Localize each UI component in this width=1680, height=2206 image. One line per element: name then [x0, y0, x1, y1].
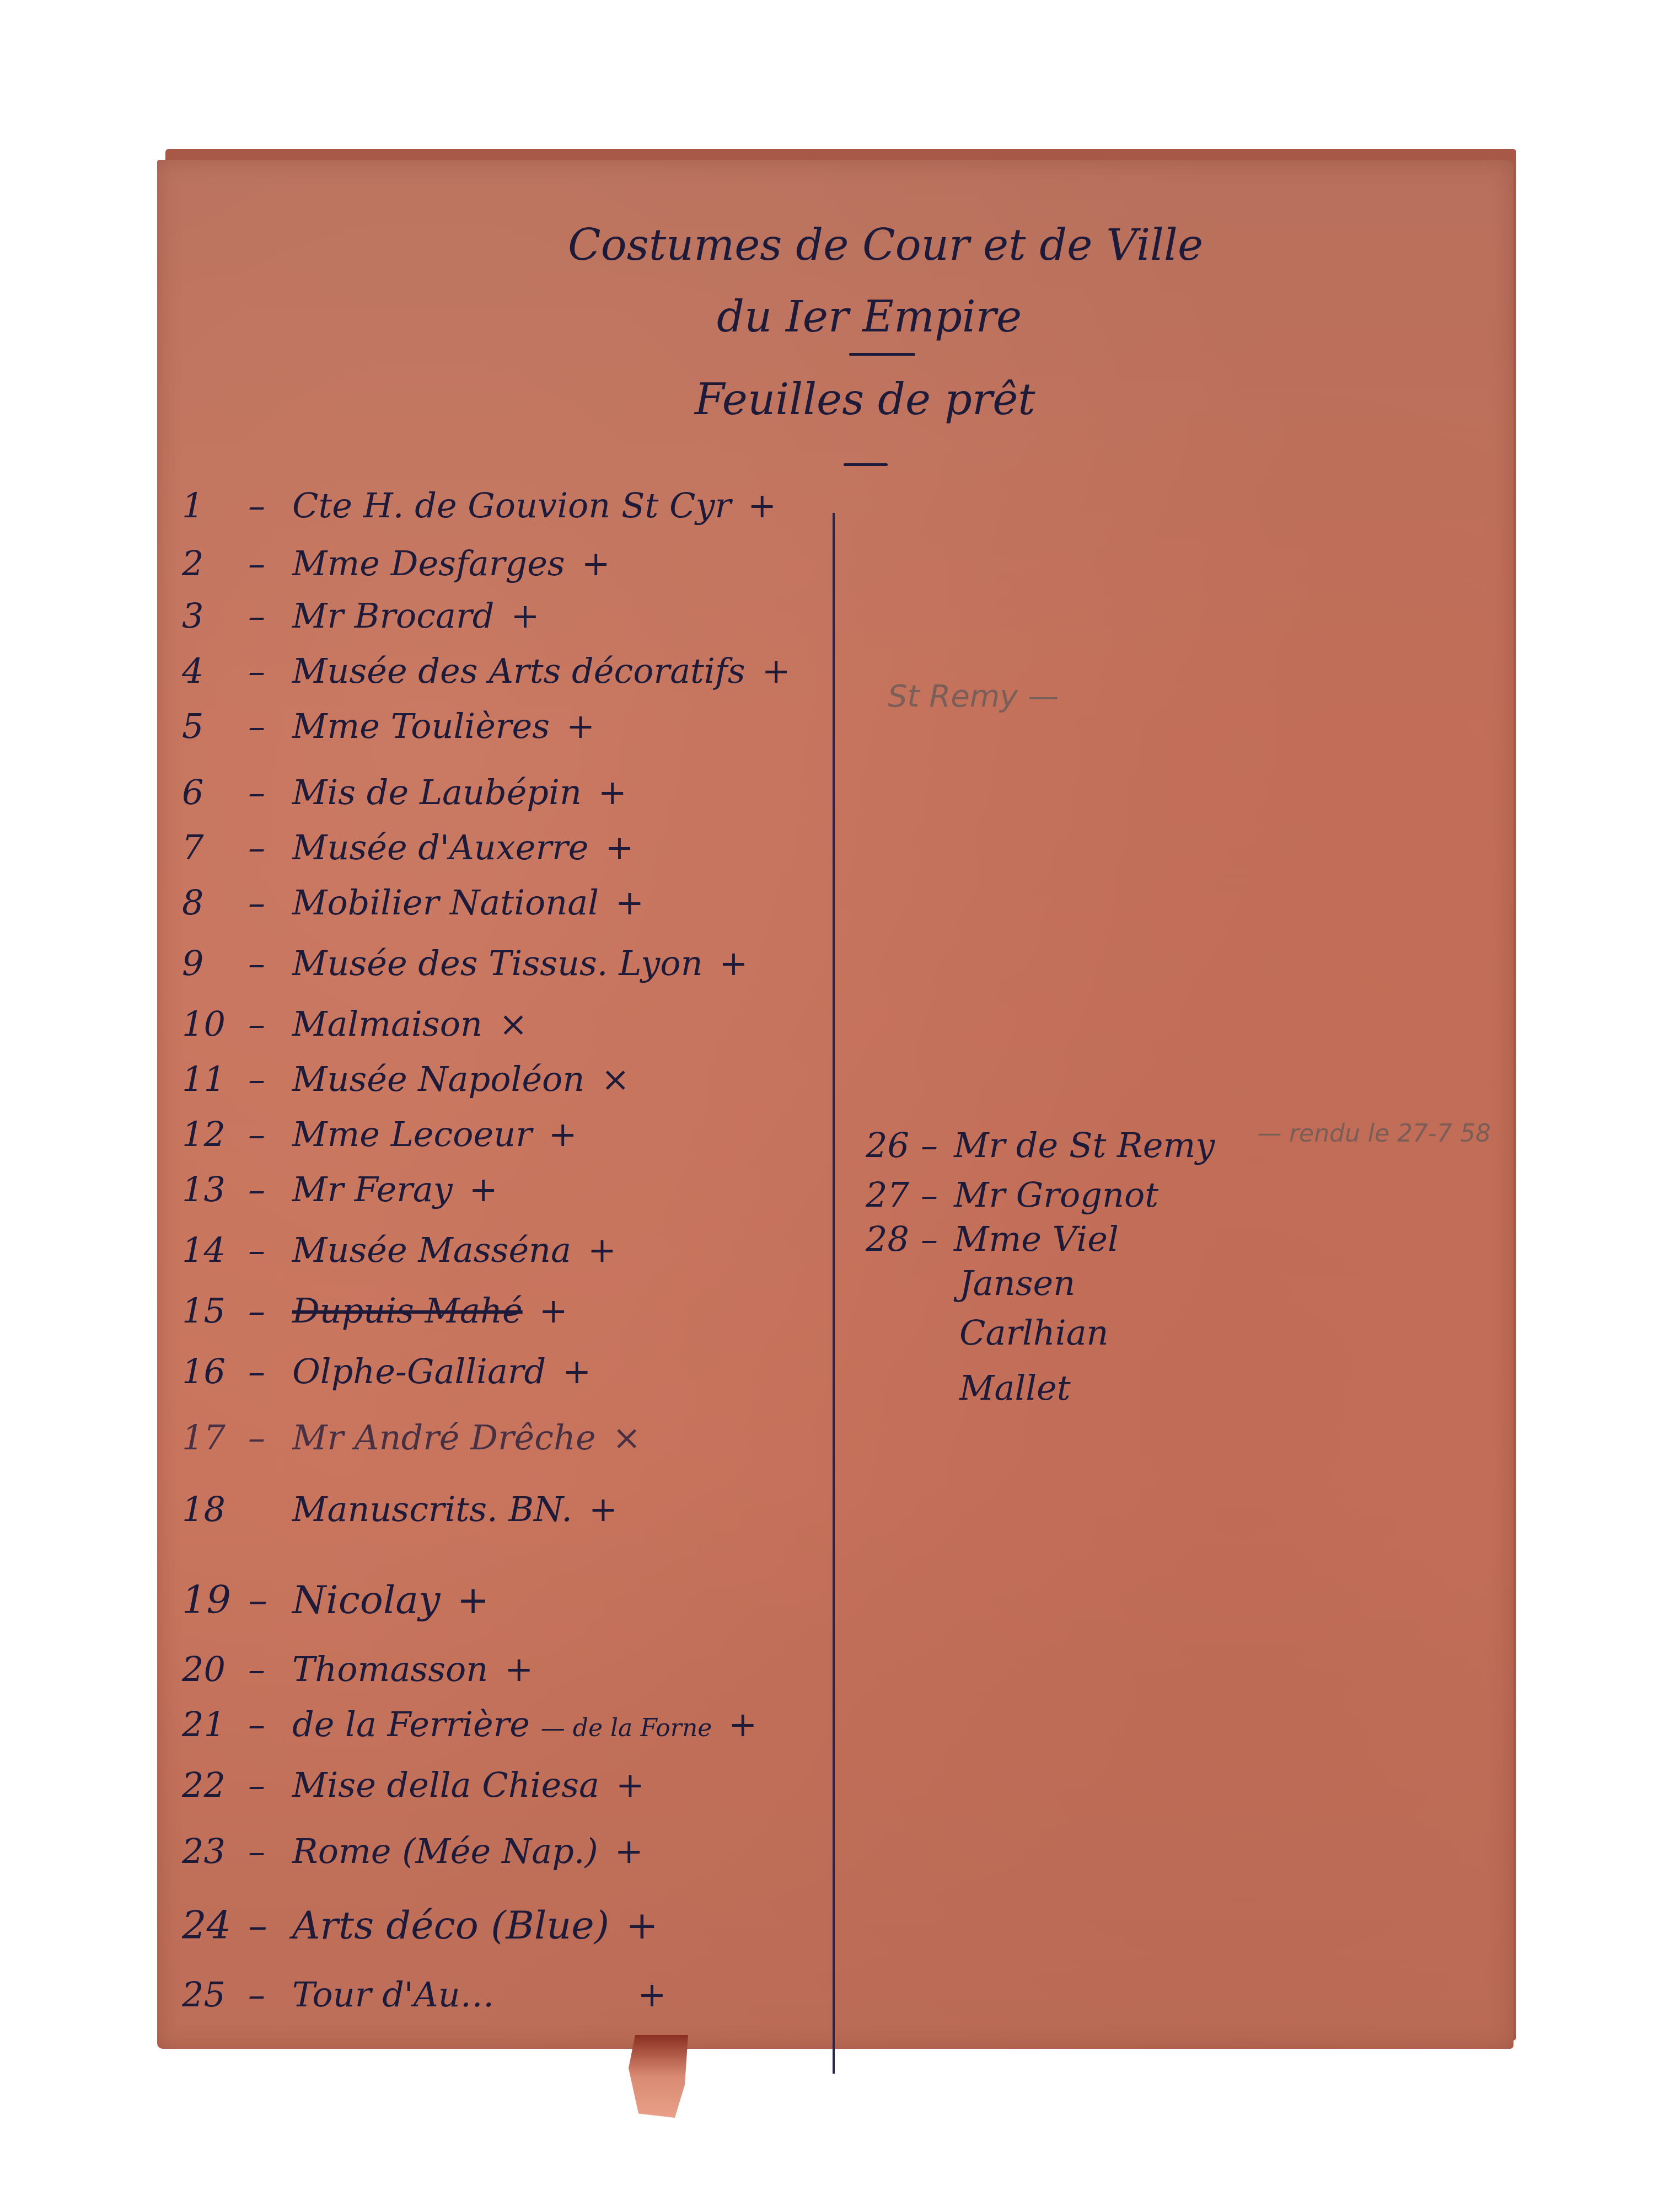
- list-item: 13–Mr Feray+: [182, 1169, 498, 1209]
- unnumbered-item: Mallet: [959, 1368, 1071, 1408]
- list-item: 20–Thomasson+: [182, 1649, 533, 1689]
- list-item: 22–Mise della Chiesa+: [182, 1765, 645, 1805]
- list-item: 16–Olphe-Galliard+: [182, 1351, 591, 1391]
- list-item: 26–Mr de St Remy: [866, 1125, 1215, 1165]
- list-item: 11–Musée Napoléon×: [182, 1059, 630, 1099]
- list-item: 23–Rome (Mée Nap.)+: [182, 1831, 643, 1871]
- list-item: 10–Malmaison×: [182, 1004, 528, 1044]
- list-item: 7–Musée d'Auxerre+: [182, 827, 634, 868]
- list-item: 9–Musée des Tissus. Lyon+: [182, 943, 748, 983]
- list-item: 12–Mme Lecoeur+: [182, 1114, 577, 1154]
- subtitle: Feuilles de prêt: [695, 375, 1035, 425]
- title-line-2: du Ier Empire: [717, 292, 1022, 342]
- list-item: 18Manuscrits. BN.+: [182, 1489, 618, 1529]
- title-line-1: Costumes de Cour et de Ville: [568, 221, 1203, 270]
- list-item: 8–Mobilier National+: [182, 882, 644, 923]
- subtitle-underline: [844, 463, 888, 466]
- list-item: 24–Arts déco (Blue)+: [182, 1903, 658, 1948]
- list-item: 21–de la Ferrière — de la Forne+: [182, 1704, 757, 1744]
- list-item: 1–Cte H. de Gouvion St Cyr+: [182, 485, 776, 526]
- unnumbered-item: Carlhian: [959, 1313, 1109, 1353]
- list-item: 6–Mis de Laubépin+: [182, 772, 627, 812]
- list-item: 5–Mme Toulières+: [182, 706, 595, 746]
- torn-paper-flap: [629, 2035, 695, 2118]
- list-item: 3–Mr Brocard+: [182, 596, 539, 636]
- list-item: 25–Tour d'Au…+: [182, 1974, 667, 2015]
- list-item: 19–Nicolay+: [182, 1577, 489, 1623]
- list-item: 15–Dupuis Mahé+: [182, 1291, 568, 1331]
- list-item: 2–Mme Desfarges+: [182, 543, 610, 583]
- list-item: 28–Mme Viel: [866, 1219, 1119, 1259]
- list-item: 14–Musée Masséna+: [182, 1230, 616, 1270]
- list-item: 17–Mr André Drêche×: [182, 1417, 641, 1458]
- pencil-note-returned: — rendu le 27-7 58: [1257, 1120, 1491, 1148]
- pencil-note-st-remy: St Remy —: [888, 678, 1059, 714]
- list-item: 27–Mr Grognot: [866, 1175, 1158, 1215]
- column-divider: [833, 513, 835, 2074]
- list-item: 4–Musée des Arts décoratifs+: [182, 651, 791, 691]
- title-underline: [849, 353, 915, 356]
- unnumbered-item: Jansen: [959, 1263, 1075, 1303]
